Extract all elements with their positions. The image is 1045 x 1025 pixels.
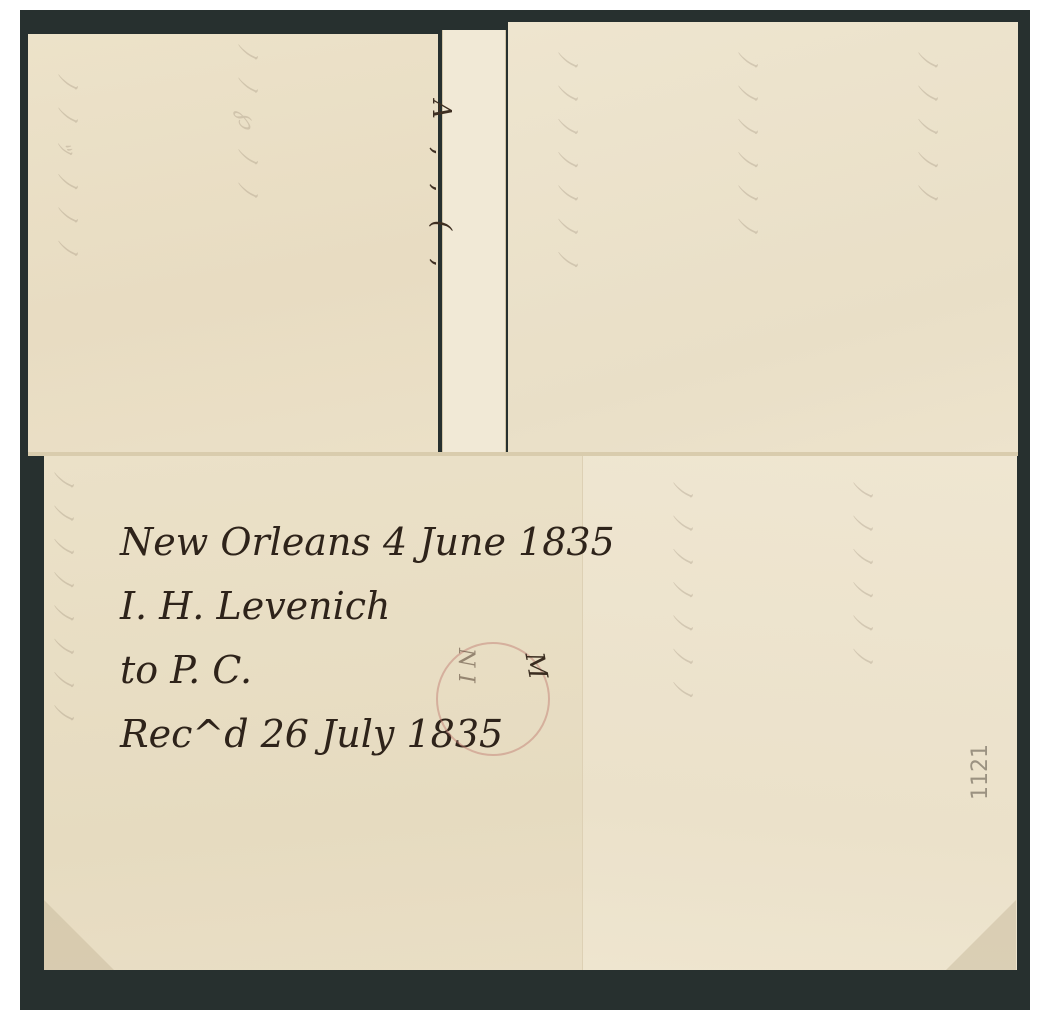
docket-sender: I. H. Levenich (120, 574, 615, 638)
bleed-through-writing: ﾉ ﾉ ﾉ ﾉ ﾉ ﾉ ﾉ (551, 52, 588, 271)
postmark-text: N I (453, 648, 478, 683)
bleed-through-writing: ﾉ ﾉ ﾉ ﾉ ﾉ ﾉ ﾉ (666, 482, 703, 701)
bleed-through-writing: ﾉ ﾉ ｯ ﾉ ﾉ ﾉ (51, 74, 88, 259)
corner-fold (946, 900, 1016, 970)
pencil-notation: 1121 (968, 744, 993, 800)
docket-origin-date: New Orleans 4 June 1835 (120, 510, 615, 574)
bleed-through-writing: ﾉ ﾉ ﾉ ﾉ ﾉ ﾉ (846, 482, 883, 667)
strip-handwriting: A , , ( , (426, 100, 456, 277)
bleed-through-writing: ﾉ ﾉ ﾉ ﾉ ﾉ ﾉ (731, 52, 768, 237)
bleed-through-writing: ﾉ ﾉ ﾉ ﾉ ﾉ (911, 52, 948, 204)
bottom-right-fold-panel: ﾉ ﾉ ﾉ ﾉ ﾉ ﾉ ﾉ ﾉ ﾉ ﾉ ﾉ ﾉ ﾉ (582, 452, 1017, 970)
horizontal-fold-crease (28, 452, 1018, 456)
corner-fold (44, 900, 114, 970)
manuscript-rate-mark: M (518, 650, 552, 681)
bleed-through-writing: ﾉ ﾉ ℘ ﾉ ﾉ (231, 44, 268, 201)
top-right-fold-panel: ﾉ ﾉ ﾉ ﾉ ﾉ ﾉ ﾉ ﾉ ﾉ ﾉ ﾉ ﾉ ﾉ ﾉ ﾉ ﾉ ﾉ ﾉ (508, 22, 1018, 454)
bleed-through-writing: ﾉ ﾉ ﾉ ﾉ ﾉ ﾉ ﾉ ﾉ (47, 472, 84, 724)
top-left-fold-panel: ﾉ ﾉ ｯ ﾉ ﾉ ﾉ ﾉ ﾉ ℘ ﾉ ﾉ (28, 34, 438, 454)
